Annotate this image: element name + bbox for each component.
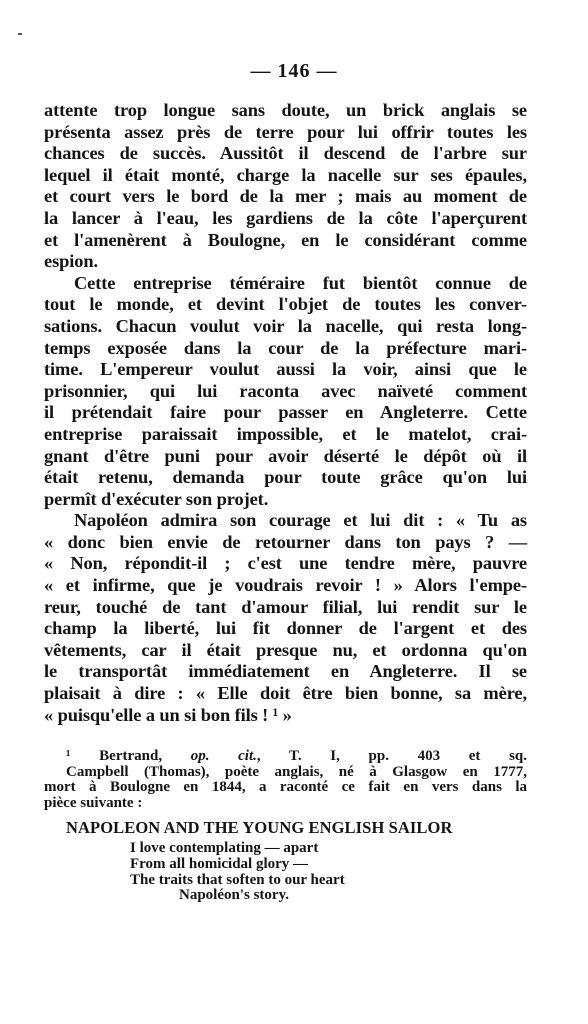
text-line: champ la liberté, lui fit donner de l'ar… — [44, 618, 527, 640]
footnotes: ¹ Bertrand, op. cit., T. I, pp. 403 et s… — [44, 749, 527, 811]
text-line: espion. — [44, 251, 527, 273]
poem-title: NAPOLEON AND THE YOUNG ENGLISH SAILOR — [66, 818, 452, 838]
text-line: gnant d'être puni pour avoir déserté le … — [44, 446, 527, 468]
text-line: « puisqu'elle a un si bon fils ! ¹ » — [44, 705, 527, 727]
text-line: il prétendait faire pour passer en Angle… — [44, 402, 527, 424]
body-text: attente trop longue sans doute, un brick… — [44, 100, 527, 726]
text-line: entreprise paraissait impossible, et le … — [44, 424, 527, 446]
text-line: attente trop longue sans doute, un brick… — [44, 100, 527, 122]
text-line: « Non, répondit-il ; c'est une tendre mè… — [44, 553, 527, 575]
text-line: « donc bien envie de retourner dans ton … — [44, 532, 527, 554]
text-line: tout le monde, et devint l'objet de tout… — [44, 294, 527, 316]
page-number: — 146 — — [0, 60, 588, 83]
poem-line: I love contemplating — apart — [130, 841, 345, 857]
footnote-line: Campbell (Thomas), poète anglais, né à G… — [44, 765, 527, 781]
footnote-line: mort à Boulogne en 1844, a raconté ce fa… — [44, 780, 527, 796]
footnote-reference: , T. I, pp. 403 et sq. — [257, 748, 527, 764]
text-line: présenta assez près de terre pour lui of… — [44, 122, 527, 144]
footnote-line: pièce suivante : — [44, 796, 527, 812]
text-line: prisonnier, qui lui raconta avec naïveté… — [44, 381, 527, 403]
footnote-author: Bertrand, — [99, 748, 162, 764]
text-line: permît d'exécuter son projet. — [44, 489, 527, 511]
text-line: lequel il était monté, charge la nacelle… — [44, 165, 527, 187]
text-line: « et infirme, que je voudrais revoir ! »… — [44, 575, 527, 597]
text-line: sations. Chacun voulut voir la nacelle, … — [44, 316, 527, 338]
text-line: la lancer à l'eau, les gardiens de la cô… — [44, 208, 527, 230]
text-line: Cette entreprise téméraire fut bientôt c… — [44, 273, 527, 295]
footnote-1: ¹ Bertrand, op. cit., T. I, pp. 403 et s… — [44, 749, 527, 765]
text-line: chances de succès. Aussitôt il descend d… — [44, 143, 527, 165]
footnote-marker: ¹ — [66, 748, 71, 764]
poem: I love contemplating — apartFrom all hom… — [130, 841, 345, 904]
poem-line: Napoléon's story. — [130, 888, 345, 904]
footnote-citation: op. cit. — [191, 748, 257, 764]
book-page: — 146 — attente trop longue sans doute, … — [0, 0, 588, 1024]
text-line: temps exposée dans la cour de la préfect… — [44, 338, 527, 360]
text-line: Napoléon admira son courage et lui dit :… — [44, 510, 527, 532]
text-line: vêtements, car il était presque nu, et o… — [44, 640, 527, 662]
text-line: time. L'empereur voulut aussi la voir, a… — [44, 359, 527, 381]
text-line: et l'amenèrent à Boulogne, en le considé… — [44, 230, 527, 252]
text-line: reur, touché de tant d'amour filial, lui… — [44, 597, 527, 619]
text-line: était retenu, demanda pour toute grâce q… — [44, 467, 527, 489]
text-line: et court vers le bord de la mer ; mais a… — [44, 186, 527, 208]
poem-line: From all homicidal glory — — [130, 857, 345, 873]
text-line: plaisait à dire : « Elle doit être bien … — [44, 683, 527, 705]
poem-line: The traits that soften to our heart — [130, 873, 345, 889]
text-line: le transportât immédiatement en Angleter… — [44, 661, 527, 683]
scan-speck — [18, 33, 22, 35]
